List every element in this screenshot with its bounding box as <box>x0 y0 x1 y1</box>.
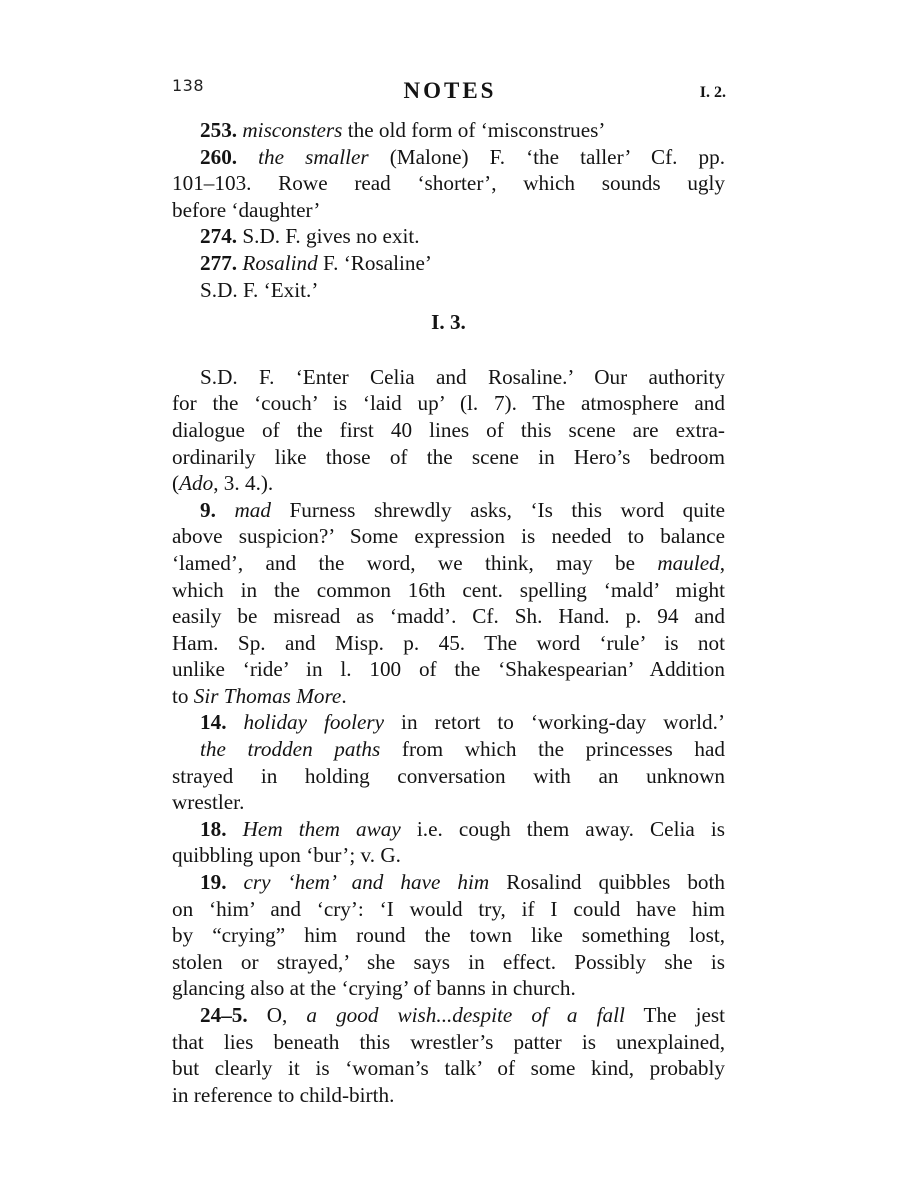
note-text-line: which in the common 16th cent. spelling … <box>172 577 725 604</box>
note-text-line: stolen or strayed,’ she says in effect. … <box>172 949 725 976</box>
note-9: 9. mad Furness shrewdly asks, ‘Is this w… <box>172 497 725 524</box>
note-text-line: but clearly it is ‘woman’s talk’ of some… <box>172 1055 725 1082</box>
notes-body: 253. misconsters the old form of ‘miscon… <box>172 117 725 1108</box>
note-18: 18. Hem them away i.e. cough them away. … <box>172 816 725 843</box>
note-19: 19. cry ‘hem’ and have him Rosalind quib… <box>172 869 725 896</box>
note-text-line: ordinarily like those of the scene in He… <box>172 444 725 471</box>
note-text-line: glancing also at the ‘crying’ of banns i… <box>172 975 725 1002</box>
note-text-line: that lies beneath this wrestler’s patter… <box>172 1029 725 1056</box>
note-260: 260. the smaller (Malone) F. ‘the taller… <box>172 144 725 171</box>
note-text-line: Ham. Sp. and Misp. p. 45. The word ‘rule… <box>172 630 725 657</box>
note-sd-line: S.D. F. ‘Enter Celia and Rosaline.’ Our … <box>172 364 725 391</box>
note-14-cont: the trodden paths from which the princes… <box>172 736 725 763</box>
note-text-line: dialogue of the first 40 lines of this s… <box>172 417 725 444</box>
note-text-line: wrestler. <box>172 789 725 816</box>
note-277-sd: S.D. F. ‘Exit.’ <box>172 277 725 304</box>
scene-heading: I. 3. <box>172 309 725 336</box>
note-text-line: (Ado, 3. 4.). <box>172 470 725 497</box>
note-text-line: on ‘him’ and ‘cry’: ‘I would try, if I c… <box>172 896 725 923</box>
note-text-line: above suspicion?’ Some expression is nee… <box>172 523 725 550</box>
note-text-line: for the ‘couch’ is ‘laid up’ (l. 7). The… <box>172 390 725 417</box>
note-text-line: quibbling upon ‘bur’; v. G. <box>172 842 725 869</box>
note-253: 253. misconsters the old form of ‘miscon… <box>172 117 725 144</box>
note-260-end: before ‘daughter’ <box>172 197 725 224</box>
note-text-line: easily be misread as ‘madd’. Cf. Sh. Han… <box>172 603 725 630</box>
note-text-line: strayed in holding conversation with an … <box>172 763 725 790</box>
note-text-line: in reference to child-birth. <box>172 1082 725 1109</box>
note-text-line: ‘lamed’, and the word, we think, may be … <box>172 550 725 577</box>
note-24-5: 24–5. O, a good wish...despite of a fall… <box>172 1002 725 1029</box>
note-text-line: unlike ‘ride’ in l. 100 of the ‘Shakespe… <box>172 656 725 683</box>
note-260-cont: 101–103. Rowe read ‘shorter’, which soun… <box>172 170 725 197</box>
note-text-line: by “crying” him round the town like some… <box>172 922 725 949</box>
section-reference: I. 2. <box>700 84 726 102</box>
note-277: 277. Rosalind F. ‘Rosaline’ <box>172 250 725 277</box>
note-14: 14. holiday foolery in retort to ‘workin… <box>172 709 725 736</box>
note-274: 274. S.D. F. gives no exit. <box>172 223 725 250</box>
note-text-line: to Sir Thomas More. <box>172 683 725 710</box>
running-head: NOTES <box>0 78 900 104</box>
